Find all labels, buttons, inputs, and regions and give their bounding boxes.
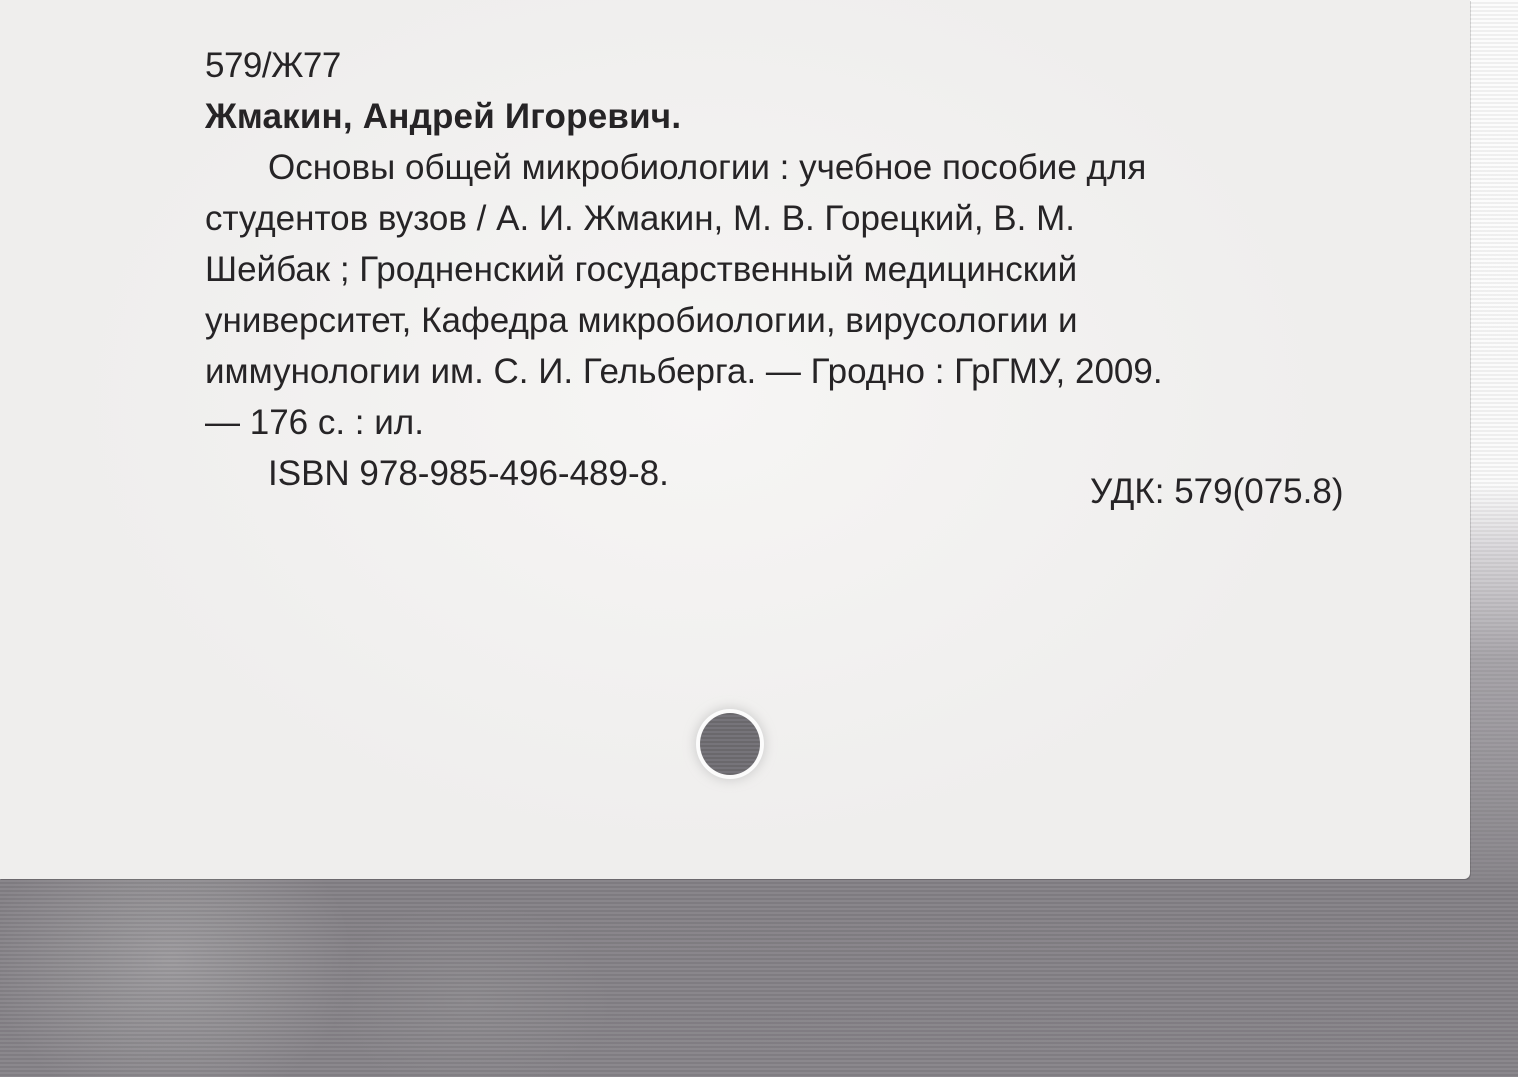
description-line: студентов вузов / А. И. Жмакин, М. В. Го… — [205, 193, 1405, 244]
description-line: университет, Кафедра микробиологии, виру… — [205, 295, 1405, 346]
udc-classification: УДК: 579(075.8) — [1090, 466, 1344, 517]
title-line: Основы общей микробиологии : учебное пос… — [205, 142, 1405, 193]
scanner-edge-strip — [1470, 0, 1518, 880]
punch-hole — [700, 713, 760, 775]
pagination-line: — 176 с. : ил. — [205, 397, 1405, 448]
catalog-card: 579/Ж77 Жмакин, Андрей Игоревич. Основы … — [0, 0, 1470, 879]
publication-line: иммунологии им. С. И. Гельберга. — Гродн… — [205, 346, 1405, 397]
call-number: 579/Ж77 — [205, 40, 1405, 91]
description-line: Шейбак ; Гродненский государственный мед… — [205, 244, 1405, 295]
author-heading: Жмакин, Андрей Игоревич. — [205, 91, 1405, 142]
catalog-entry: 579/Ж77 Жмакин, Андрей Игоревич. Основы … — [205, 40, 1405, 499]
